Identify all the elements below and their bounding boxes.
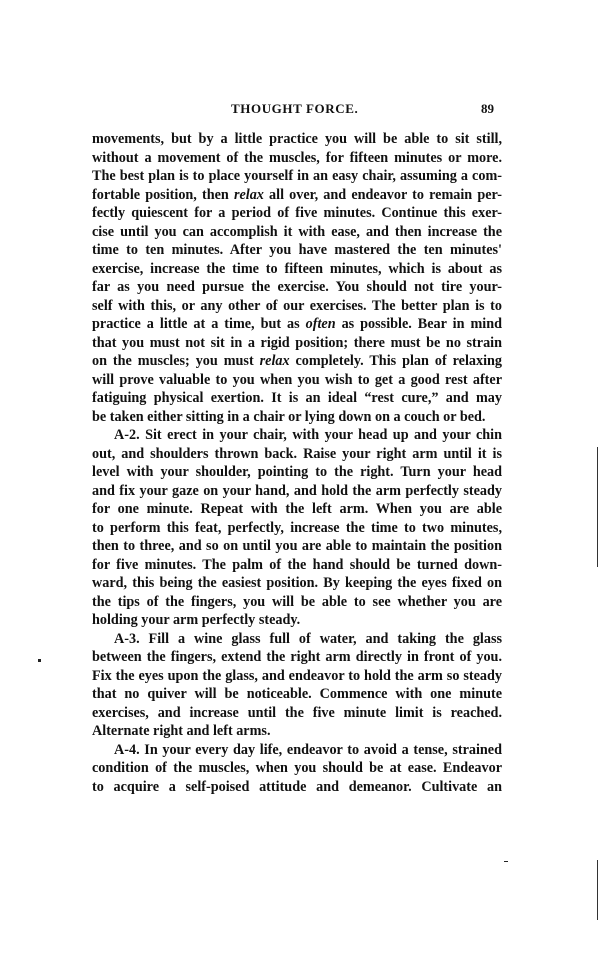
text-line: holding your arm perfectly steady. [92, 611, 502, 630]
text-line: and fix your gaze on your hand, and hold… [92, 482, 502, 501]
text-line: out, and shoulders thrown back. Raise yo… [92, 445, 502, 464]
scan-speck [38, 659, 41, 662]
text-line: be taken either sitting in a chair or ly… [92, 408, 502, 427]
running-title: THOUGHT FORCE. [231, 101, 358, 117]
text-line: then to three, and so on until you are a… [92, 537, 502, 556]
text-line: on the muscles; you must relax completel… [92, 352, 502, 371]
text-line: practice a little at a time, but as ofte… [92, 315, 502, 334]
text-line: to acquire a self-poised attitude and de… [92, 778, 502, 797]
text-line: movements, but by a little practice you … [92, 130, 502, 149]
text-line: condition of the muscles, when you shoul… [92, 759, 502, 778]
text-line: exercises, and increase until the five m… [92, 704, 502, 723]
text-line: between the fingers, extend the right ar… [92, 648, 502, 667]
text-line: level with your shoulder, pointing to th… [92, 463, 502, 482]
text-line: self with this, or any other of our exer… [92, 297, 502, 316]
text-line: fatiguing physical exertion. It is an id… [92, 389, 502, 408]
text-line: cise until you can accomplish it with ea… [92, 223, 502, 242]
text-line: time to ten minutes. After you have mast… [92, 241, 502, 260]
exercise-a3-heading-line: A-3. Fill a wine glass full of water, an… [92, 630, 502, 649]
text-line: Alternate right and left arms. [92, 722, 502, 741]
text-line: the tips of the fingers, you will be abl… [92, 593, 502, 612]
text-line: will prove valuable to you when you wish… [92, 371, 502, 390]
text-line: fectly quiescent for a period of five mi… [92, 204, 502, 223]
text-line: to perform this feat, perfectly, increas… [92, 519, 502, 538]
text-line: for five minutes. The palm of the hand s… [92, 556, 502, 575]
text-line: fortable position, then relax all over, … [92, 186, 502, 205]
text-line: without a movement of the muscles, for f… [92, 149, 502, 168]
page-edge-line [597, 860, 598, 920]
text-line: far as you need pursue the exercise. You… [92, 278, 502, 297]
text-line: The best plan is to place yourself in an… [92, 167, 502, 186]
text-line: Fix the eyes upon the glass, and endeavo… [92, 667, 502, 686]
text-line: that no quiver will be noticeable. Comme… [92, 685, 502, 704]
page-body: movements, but by a little practice you … [92, 130, 502, 796]
text-line: that you must not sit in a rigid positio… [92, 334, 502, 353]
scan-speck [504, 861, 508, 862]
text-line: for one minute. Repeat with the left arm… [92, 500, 502, 519]
text-line: ward, this being the easiest position. B… [92, 574, 502, 593]
page-edge-line [597, 447, 598, 567]
page-header: THOUGHT FORCE. 89 [0, 101, 600, 121]
exercise-a4-heading-line: A-4. In your every day life, endeavor to… [92, 741, 502, 760]
exercise-a2-heading-line: A-2. Sit erect in your chair, with your … [92, 426, 502, 445]
text-line: exercise, increase the time to fifteen m… [92, 260, 502, 279]
page-number: 89 [481, 101, 494, 117]
